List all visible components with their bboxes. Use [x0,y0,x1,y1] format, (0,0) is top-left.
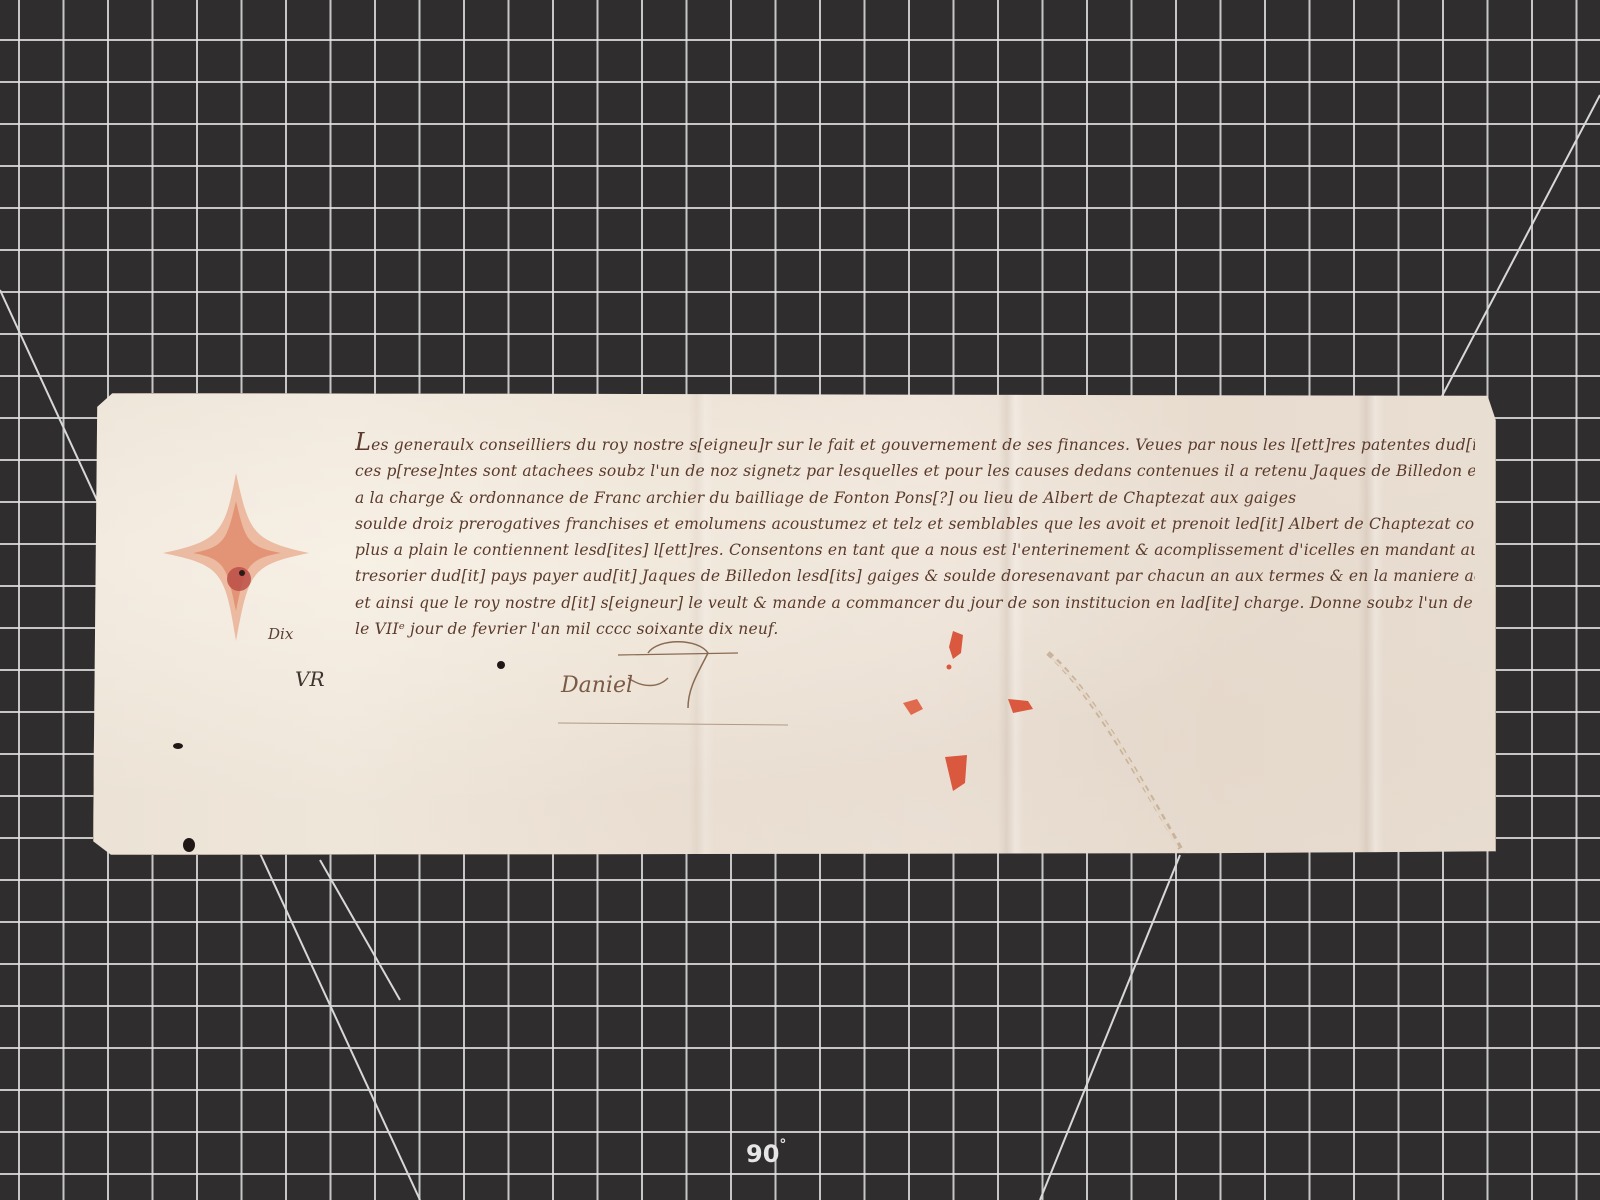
degree-symbol: ° [779,1137,786,1153]
parchment-document: Les generaulx conseilliers du roy nostre… [93,393,1496,855]
manuscript-line: Les generaulx conseilliers du roy nostre… [355,429,1475,458]
manuscript-line: ces p[rese]ntes sont atachees soubz l'un… [355,458,1475,484]
ink-blot [173,743,183,749]
manuscript-line: soulde droiz prerogatives franchises et … [355,511,1475,537]
manuscript-text: Les generaulx conseilliers du roy nostre… [355,429,1475,642]
parchment-repair-stitching [1038,648,1188,853]
mat-angle-label: 90° [746,1140,786,1168]
ink-blot [497,661,505,669]
manuscript-line: et ainsi que le roy nostre d[it] s[eigne… [355,590,1475,616]
margin-note: Dix [268,625,293,643]
ink-blot [183,838,195,852]
red-wax-fragments [883,623,1063,803]
manuscript-line: a la charge & ordonnance de Franc archie… [355,485,1475,511]
signature-name: Daniel [561,673,633,698]
red-wax-seal-stain [141,461,331,651]
angle-number: 90 [746,1140,779,1168]
clerk-initials: VR [295,667,325,691]
manuscript-line: tresorier dud[it] pays payer aud[it] Jaq… [355,563,1475,589]
manuscript-line: plus a plain le contiennent lesd[ites] l… [355,537,1475,563]
